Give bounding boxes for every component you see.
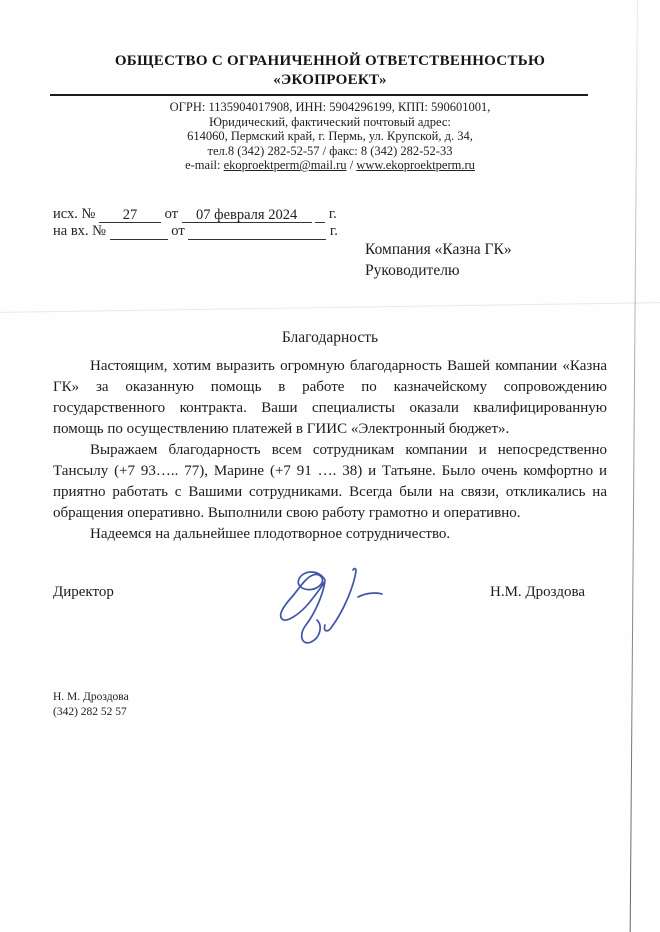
scan-crease-line xyxy=(0,302,660,313)
signer-position: Директор xyxy=(53,584,114,601)
phone-fax-line: тел.8 (342) 282-52-57 / факс: 8 (342) 28… xyxy=(0,144,660,159)
incoming-date-blank xyxy=(188,224,326,240)
reference-block: исх. № 27 от 07 февраля 2024 г. на вх. №… xyxy=(53,206,338,240)
org-name-line1: ОБЩЕСТВО С ОГРАНИЧЕННОЙ ОТВЕТСТВЕННОСТЬЮ xyxy=(0,52,660,71)
link-separator: / xyxy=(347,158,357,172)
addressee-recipient: Руководителю xyxy=(365,260,512,281)
outgoing-from-label: от xyxy=(165,206,178,222)
handwritten-signature-icon xyxy=(265,565,385,660)
body-paragraph-2: Выражаем благодарность всем сотрудникам … xyxy=(53,440,607,524)
letter-body: Настоящим, хотим выразить огромную благо… xyxy=(53,356,607,545)
address-line: 614060, Пермский край, г. Пермь, ул. Кру… xyxy=(0,129,660,144)
addressee-company: Компания «Казна ГК» xyxy=(365,239,512,260)
footer-contact-phone: (342) 282 52 57 xyxy=(53,705,129,720)
document-title: Благодарность xyxy=(0,329,660,347)
email-link: ekoproektperm@mail.ru xyxy=(224,158,347,172)
outgoing-gap-blank xyxy=(315,207,325,223)
letterhead-divider xyxy=(50,94,588,96)
registration-numbers: ОГРН: 1135904017908, ИНН: 5904296199, КП… xyxy=(0,100,660,115)
website-link: www.ekoproektperm.ru xyxy=(356,158,475,172)
incoming-year-suffix: г. xyxy=(330,223,338,239)
org-name-line2: «ЭКОПРОЕКТ» xyxy=(0,71,660,90)
incoming-number-blank xyxy=(110,224,168,240)
email-prefix: e-mail: xyxy=(185,158,224,172)
outgoing-label: исх. № xyxy=(53,206,95,222)
address-label: Юридический, фактический почтовый адрес: xyxy=(0,115,660,130)
outgoing-number-blank: 27 xyxy=(99,207,161,223)
addressee-block: Компания «Казна ГК» Руководителю xyxy=(365,239,512,281)
incoming-from-label: от xyxy=(171,223,184,239)
incoming-label: на вх. № xyxy=(53,223,106,239)
signer-name: Н.М. Дроздова xyxy=(490,584,585,601)
body-paragraph-1: Настоящим, хотим выразить огромную благо… xyxy=(53,356,607,440)
incoming-reference-line: на вх. № от г. xyxy=(53,223,338,240)
outgoing-date-blank: 07 февраля 2024 xyxy=(182,207,312,223)
footer-contact: Н. М. Дроздова (342) 282 52 57 xyxy=(53,690,129,720)
scanned-letter-page: ОБЩЕСТВО С ОГРАНИЧЕННОЙ ОТВЕТСТВЕННОСТЬЮ… xyxy=(0,0,660,932)
footer-contact-name: Н. М. Дроздова xyxy=(53,690,129,705)
outgoing-year-suffix: г. xyxy=(329,206,337,222)
outgoing-reference-line: исх. № 27 от 07 февраля 2024 г. xyxy=(53,206,338,223)
body-paragraph-3: Надеемся на дальнейшее плодотворное сотр… xyxy=(53,524,607,545)
letterhead-contacts: ОГРН: 1135904017908, ИНН: 5904296199, КП… xyxy=(0,100,660,173)
letterhead-org-name: ОБЩЕСТВО С ОГРАНИЧЕННОЙ ОТВЕТСТВЕННОСТЬЮ… xyxy=(0,52,660,90)
email-website-line: e-mail: ekoproektperm@mail.ru / www.ekop… xyxy=(0,158,660,173)
